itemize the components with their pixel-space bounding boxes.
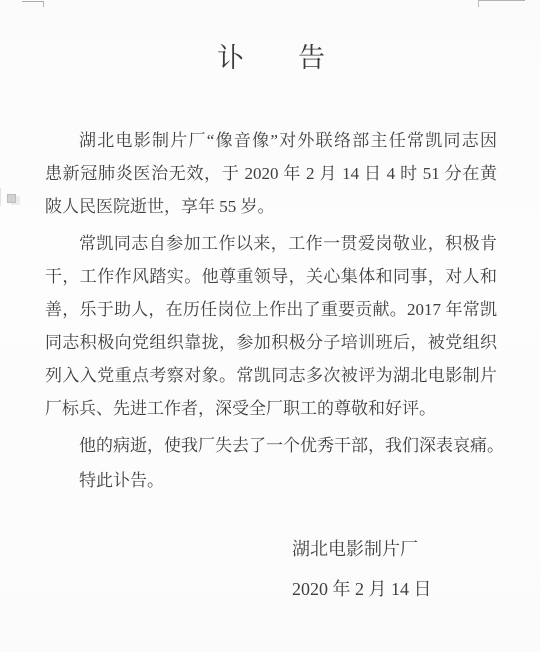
paragraph-condolence: 他的病逝，使我厂失去了一个优秀干部，我们深表哀痛。 xyxy=(45,429,497,462)
signature-block: 湖北电影制片厂 2020 年 2 月 14 日 xyxy=(292,529,497,609)
document-line: 善，乐于助人，在历任岗位上作出了重要贡献。2017 年常凯 xyxy=(45,293,497,326)
document-line: 厂标兵、先进工作者，深受全厂职工的尊敬和好评。 xyxy=(45,392,497,425)
document-line: 陂人民医院逝世，享年 55 岁。 xyxy=(45,190,497,223)
signature-organization: 湖北电影制片厂 xyxy=(292,529,497,569)
document-line: 他的病逝，使我厂失去了一个优秀干部，我们深表哀痛。 xyxy=(45,429,497,462)
signature-date: 2020 年 2 月 14 日 xyxy=(292,569,497,609)
document-line: 湖北电影制片厂“像音像”对外联络部主任常凯同志因 xyxy=(45,124,497,157)
paragraph-closing: 特此讣告。 xyxy=(45,464,497,497)
obituary-document-page: 讣 告 湖北电影制片厂“像音像”对外联络部主任常凯同志因 患新冠肺炎医治无效，于… xyxy=(0,0,540,652)
document-title: 讣 告 xyxy=(45,42,497,74)
document-line: 同志积极向党组织靠拢，参加积极分子培训班后，被党组织 xyxy=(45,326,497,359)
document-line: 特此讣告。 xyxy=(45,464,497,497)
document-content: 讣 告 湖北电影制片厂“像音像”对外联络部主任常凯同志因 患新冠肺炎医治无效，于… xyxy=(0,0,540,609)
paragraph-biography: 常凯同志自参加工作以来，工作一贯爱岗敬业，积极肯 干，工作作风踏实。他尊重领导，… xyxy=(45,227,497,425)
document-line: 干，工作作风踏实。他尊重领导，关心集体和同事，对人和 xyxy=(45,260,497,293)
document-line: 常凯同志自参加工作以来，工作一贯爱岗敬业，积极肯 xyxy=(45,227,497,260)
document-line: 列入入党重点考察对象。常凯同志多次被评为湖北电影制片 xyxy=(45,359,497,392)
paragraph-death-notice: 湖北电影制片厂“像音像”对外联络部主任常凯同志因 患新冠肺炎医治无效，于 202… xyxy=(45,124,497,223)
document-line: 患新冠肺炎医治无效，于 2020 年 2 月 14 日 4 时 51 分在黄 xyxy=(45,157,497,190)
